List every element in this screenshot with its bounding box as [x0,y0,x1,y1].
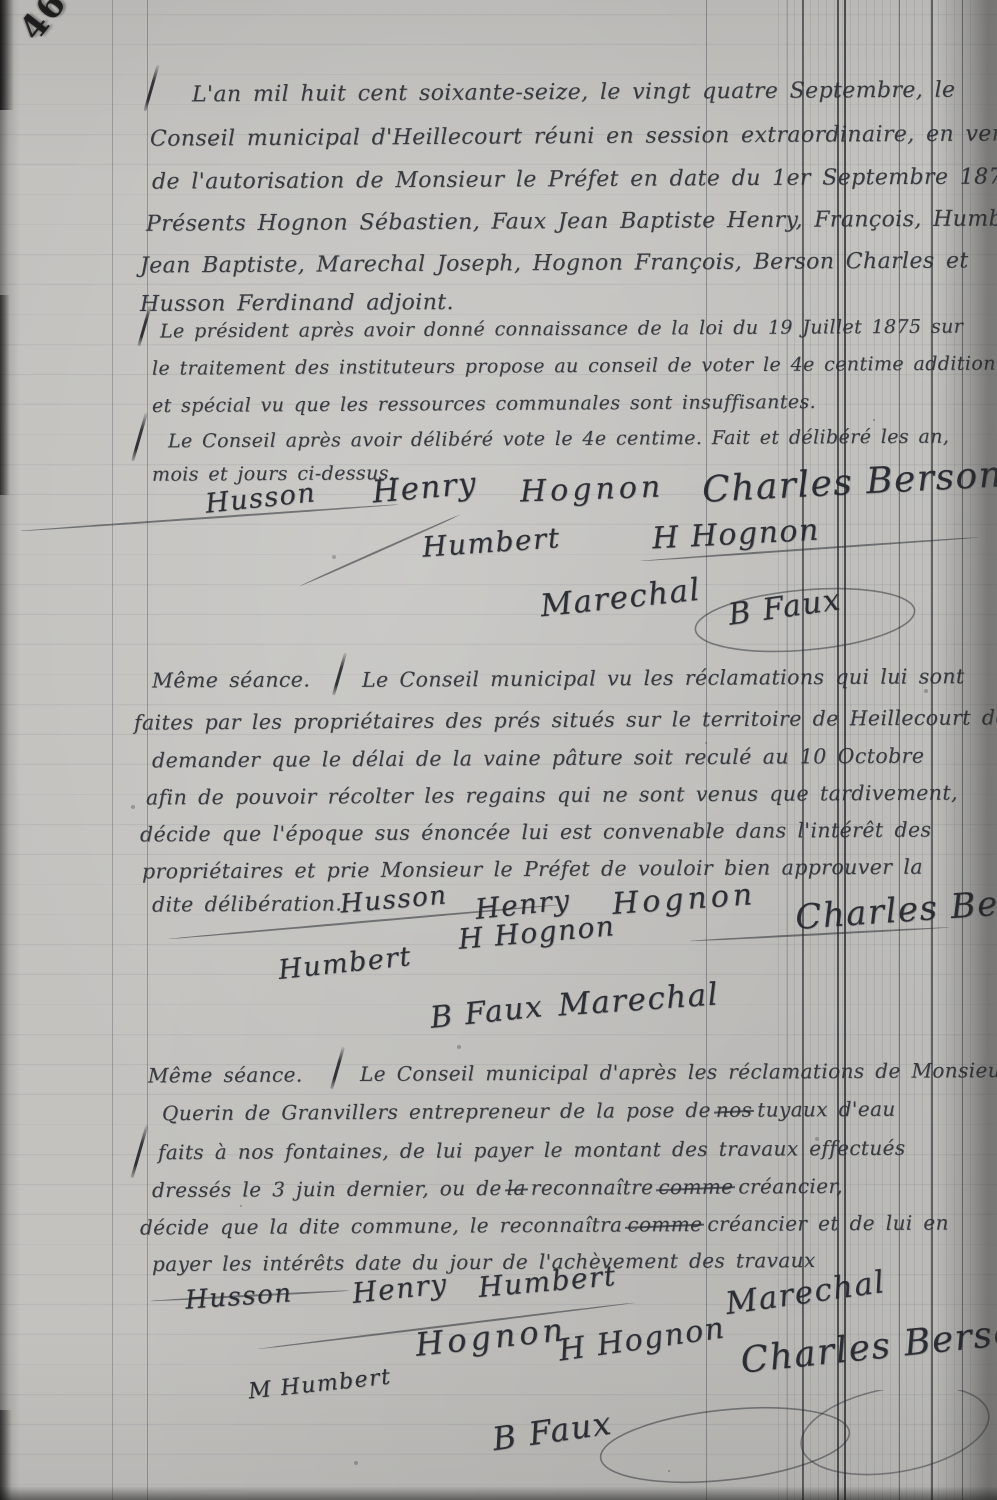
manuscript-line: dite délibération. [152,891,342,916]
manuscript-line: de l'autorisation de Monsieur le Préfet … [152,164,997,194]
bottom-edge-shadow [0,1486,997,1500]
manuscript-line: faits à nos fontaines, de lui payer le m… [158,1136,906,1165]
left-binding-shadow [0,0,20,1500]
signature-marechal: Marechal [557,976,720,1023]
margin-rule-outer [112,0,113,1500]
manuscript-line: Le Conseil municipal d'après les réclama… [360,1058,997,1086]
signature-h-hognon: H Hognon [556,1310,727,1368]
left-binding-shadow-top [0,0,14,110]
line-segment: décide que la dite commune, le reconnaît… [140,1213,622,1240]
struck-word: comme [658,1175,733,1199]
line-segment: reconnaître [531,1175,654,1200]
manuscript-line: faites par les propriétaires des prés si… [134,705,997,734]
signature-hognon: Hognon [611,877,757,922]
manuscript-line: le traitement des instituteurs propose a… [152,352,997,379]
signature-b-faux: B Faux [490,1404,615,1458]
manuscript-line: Présents Hognon Sébastien, Faux Jean Bap… [146,206,997,236]
signature-humbert: Humbert [277,941,414,986]
struck-word: la [507,1176,526,1200]
manuscript-line: dressés le 3 juin dernier, ou delareconn… [152,1174,843,1202]
signature-charles-berson: Charles Berson [701,454,997,511]
paragraph-mark [332,652,347,695]
manuscript-line: Le Conseil après avoir délibéré vote le … [168,426,949,453]
manuscript-line: afin de pouvoir récolter les regains qui… [146,781,958,810]
signature-m-humbert: M Humbert [247,1365,393,1405]
manuscript-line: et spécial vu que les ressources communa… [152,391,816,417]
manuscript-line: Husson Ferdinand adjoint. [140,290,454,317]
signature-hognon: Hognon [519,469,664,509]
entry-label: Même séance. [148,1063,303,1088]
signature-charles-berson: Charles Berson [794,878,997,938]
manuscript-line: Jean Baptiste, Marechal Joseph, Hognon F… [140,248,969,278]
line-segment: dressés le 3 juin dernier, ou de [152,1176,502,1202]
left-binding-shadow-mid [0,295,10,495]
signature-humbert: Humbert [421,521,562,564]
left-binding-shadow-bottom [0,1410,12,1500]
paragraph-mark [143,65,159,112]
manuscript-line: demander que le délai de la vaine pâture… [152,744,924,773]
line-segment: tuyaux d'eau [757,1097,896,1122]
manuscript-line: décide que la dite commune, le reconnaît… [140,1211,949,1240]
line-segment: Querin de Granvillers entrepreneur de la… [162,1098,711,1125]
signature-oval-flourish [595,1390,997,1500]
signature-henry: Henry [371,465,479,510]
manuscript-line: Le président après avoir donné connaissa… [160,316,963,343]
entry-label: Même séance. [152,668,310,693]
struck-word: nos [716,1098,753,1122]
manuscript-line: décide que l'époque sus énoncée lui est … [140,818,932,847]
struck-word: comme [627,1212,702,1236]
signature-marechal: Marechal [723,1264,888,1322]
paper-speckles [0,0,2,2]
signature-hognon: Hognon [413,1310,568,1364]
line-segment: créancier et de lui en [707,1211,949,1236]
manuscript-line: propriétaires et prie Monsieur le Préfet… [142,855,923,884]
signature-b-faux: B Faux [428,989,545,1036]
paragraph-mark [130,1125,148,1179]
scanned-register-page: { "page": { "number": "46" }, "entries":… [0,0,997,1500]
manuscript-line: L'an mil huit cent soixante-seize, le vi… [192,78,956,108]
signature-husson: Husson [339,880,449,919]
signature-b-faux: B Faux [726,582,843,632]
signature-husson: Husson [184,1278,293,1315]
manuscript-line: Le Conseil municipal vu les réclamations… [362,664,965,692]
manuscript-line: Querin de Granvillers entrepreneur de la… [162,1097,896,1125]
line-segment: créancier, [738,1174,843,1199]
signature-marechal: Marechal [539,572,703,625]
signature-charles-berson: Charles Berson [739,1309,997,1381]
page-number-stamp: 46 [12,0,75,49]
paragraph-mark [330,1046,345,1089]
manuscript-line: Conseil municipal d'Heillecourt réuni en… [150,121,997,151]
paragraph-mark [131,413,148,462]
